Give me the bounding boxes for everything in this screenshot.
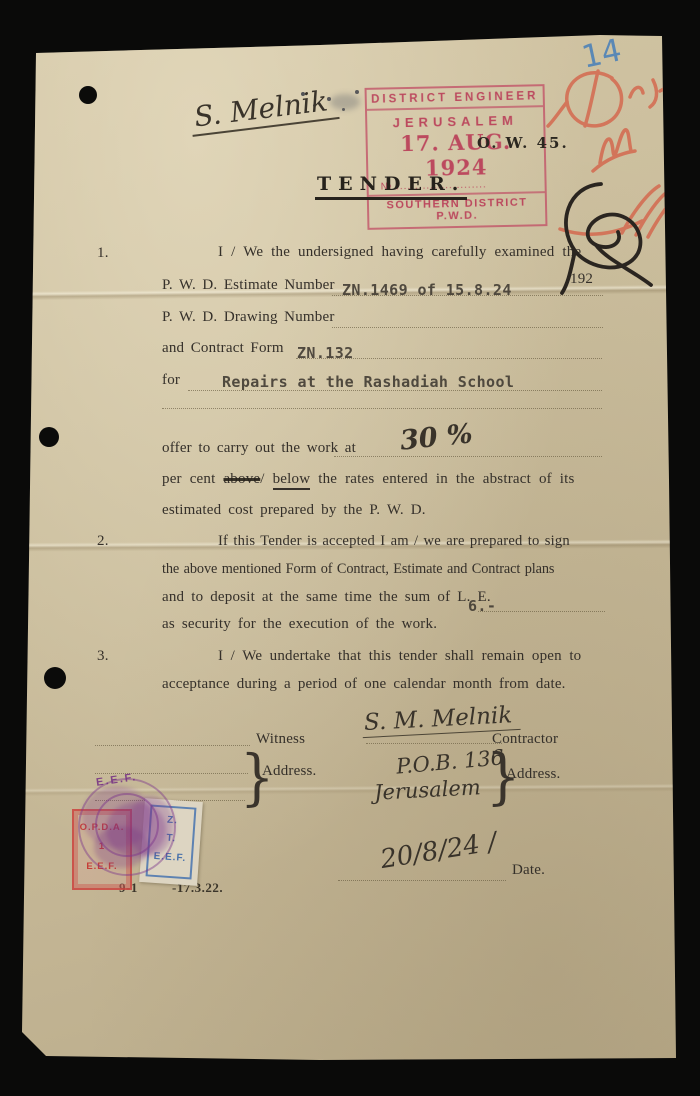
clause2-line1: If this Tender is accepted I am / we are… [218,533,570,550]
ow-reference: O. W. 45. [477,134,569,152]
blue-revenue-stamp: Z. T. E.E.F. [139,798,203,886]
clause2-line2: the above mentioned Form of Contract, Es… [162,561,554,578]
offer-label: offer to carry out the work at [162,440,356,457]
percent-text2: the rates entered in the abstract of its [318,471,574,487]
deposit-value: 6.- [468,597,496,615]
scanned-tender-document: S. Melnik 14 DISTRICT ENGINEER JERUSALEM… [0,0,700,1096]
percent-slash: / [260,471,264,487]
red-stamp-line1: O.P.D.A. [74,822,130,833]
contract-form-label: and Contract Form [162,340,284,357]
punch-hole-middle [39,427,59,447]
percent-above-struck: above [223,471,260,487]
offer-dotted-line [334,456,602,457]
punch-hole-bottom [44,667,66,689]
clause1-line1: I / We the undersigned having carefully … [218,244,581,261]
percent-below-underlined: below [273,471,311,490]
spare-dotted-line [162,408,602,409]
punch-hole-top [79,86,97,104]
witness-signature-line [95,745,250,746]
year-prefix: 192 [570,271,593,288]
red-revenue-stamp: O.P.D.A. 1 E.E.F. [72,809,132,890]
clause2-line4: as security for the execution of the wor… [162,616,437,633]
percent-text1: per cent [162,471,216,487]
date-label: Date. [512,862,545,879]
for-label: for [162,372,180,389]
percent-line: per cent above/ below the rates entered … [162,471,575,488]
ink-speck [355,90,359,94]
clause1-number: 1. [97,245,109,262]
document-title: TENDER. [315,173,467,200]
witness-address-label: Address. [262,763,317,780]
date-dotted-line [338,880,506,881]
red-stamp-line2: 1 [74,841,130,852]
received-date-stamp: DISTRICT ENGINEER JERUSALEM 17. AUG. 192… [365,84,548,230]
contractor-address-line2: Jerusalem [373,775,481,805]
clause2-line3: and to deposit at the same time the sum … [162,589,491,606]
contract-form-value: ZN.132 [297,344,354,362]
blue-pencil-number: 14 [579,32,625,75]
clause3-line2: acceptance during a period of one calend… [162,676,566,693]
clause1-closing-line: estimated cost prepared by the P. W. D. [162,502,426,519]
estimate-number-label: P. W. D. Estimate Number [162,277,335,294]
paper-sheet: S. Melnik 14 DISTRICT ENGINEER JERUSALEM… [0,0,700,1096]
blue-stamp-line1: Z. [151,814,194,828]
clause2-number: 2. [97,533,109,550]
contractor-address-label: Address. [506,766,561,783]
estimate-number-value: ZN.1469 of 15.8.24 [342,281,512,299]
gray-squiggle [272,10,291,26]
blue-stamp-line3: E.E.F. [149,851,192,865]
clause3-number: 3. [97,648,109,665]
contractor-signature-line [366,743,502,744]
deposit-dotted-line [478,611,605,612]
red-stamp-line3: E.E.F. [74,861,130,872]
stamp-city-line: JERUSALEM [367,107,543,131]
drawing-number-label: P. W. D. Drawing Number [162,309,335,326]
drawing-dotted-line [332,327,603,328]
ink-speck [342,108,345,111]
top-signature: S. Melnik [188,83,339,137]
blue-stamp-line2: T. [150,832,193,846]
clause3-line1: I / We undertake that this tender shall … [218,648,581,665]
offer-percentage-value: 30 % [399,418,474,456]
work-description-value: Repairs at the Rashadiah School [222,373,514,391]
date-handwritten: 20/8/24 / [378,827,499,875]
blue-stamp-frame: Z. T. E.E.F. [146,804,197,879]
red-pencil-marks [548,71,673,237]
